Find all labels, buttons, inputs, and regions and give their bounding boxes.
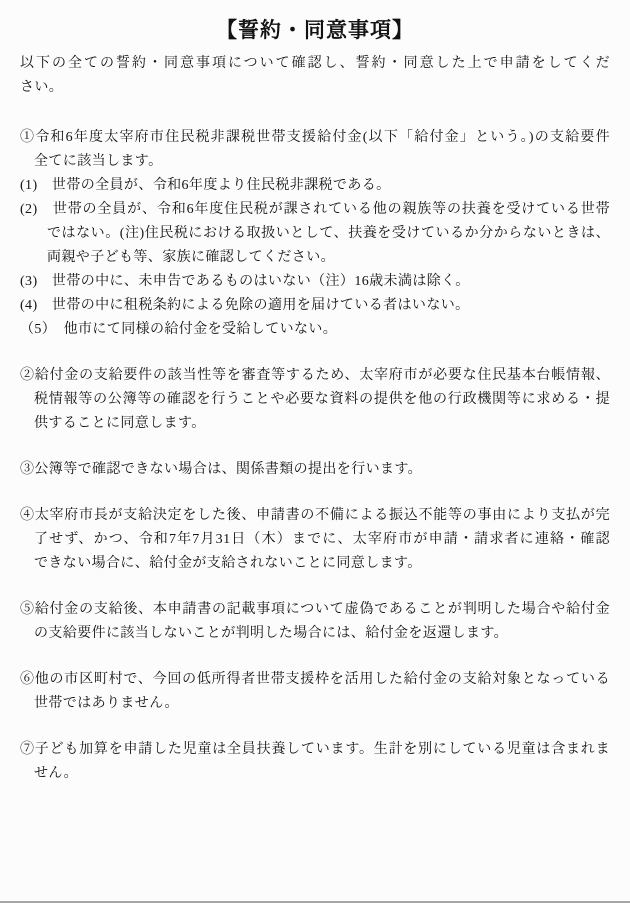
pledge-section-7: ⑦子ども加算を申請した児童は全員扶養しています。生計を別にしている児童は含まれま… bbox=[20, 738, 610, 786]
text-line: 全てに該当します。 bbox=[20, 150, 610, 174]
text-line: ⑥他の市区町村で、今回の低所得者世帯支援枠を活用した給付金の支給対象となっている bbox=[20, 668, 610, 692]
document-page: 【誓約・同意事項】 以下の全ての誓約・同意事項について確認し、誓約・同意した上で… bbox=[0, 0, 630, 903]
text-line: (4) 世帯の中に租税条約による免除の適用を届けている者はいない。 bbox=[20, 294, 610, 318]
page-title: 【誓約・同意事項】 bbox=[20, 14, 610, 46]
text-line: できない場合に、給付金が支給されないことに同意します。 bbox=[20, 552, 610, 576]
text-line: ⑤給付金の支給後、本申請書の記載事項について虚偽であることが判明した場合や給付金 bbox=[20, 598, 610, 622]
text-line: せん。 bbox=[20, 762, 610, 786]
pledge-section-4: ④太宰府市長が支給決定をした後、申請書の不備による振込不能等の事由により支払が完… bbox=[20, 504, 610, 576]
pledge-section-6: ⑥他の市区町村で、今回の低所得者世帯支援枠を活用した給付金の支給対象となっている… bbox=[20, 668, 610, 716]
text-line: ⑦子ども加算を申請した児童は全員扶養しています。生計を別にしている児童は含まれま bbox=[20, 738, 610, 762]
pledge-section-5: ⑤給付金の支給後、本申請書の記載事項について虚偽であることが判明した場合や給付金… bbox=[20, 598, 610, 646]
text-line: ではない。(注)住民税における取扱いとして、扶養を受けているか分からないときは、 bbox=[20, 222, 610, 246]
text-line: 以下の全ての誓約・同意事項について確認し、誓約・同意した上で申請をしてくだ bbox=[20, 52, 610, 76]
text-line: ③公簿等で確認できない場合は、関係書類の提出を行います。 bbox=[20, 458, 610, 482]
text-line: (1) 世帯の全員が、令和6年度より住民税非課税である。 bbox=[20, 174, 610, 198]
text-line: の支給要件に該当しないことが判明した場合には、給付金を返還します。 bbox=[20, 622, 610, 646]
text-line: (2) 世帯の全員が、令和6年度住民税が課されている他の親族等の扶養を受けている… bbox=[20, 198, 610, 222]
text-line: ①令和6年度太宰府市住民税非課税世帯支援給付金(以下「給付金」という。)の支給要… bbox=[20, 126, 610, 150]
text-line: 世帯ではありません。 bbox=[20, 692, 610, 716]
text-line: 税情報等の公簿等の確認を行うことや必要な資料の提供を他の行政機関等に求める・提 bbox=[20, 388, 610, 412]
pledge-section-2: ②給付金の支給要件の該当性等を審査等するため、太宰府市が必要な住民基本台帳情報、… bbox=[20, 364, 610, 436]
text-line: ②給付金の支給要件の該当性等を審査等するため、太宰府市が必要な住民基本台帳情報、 bbox=[20, 364, 610, 388]
text-line: 了せず、かつ、令和7年7月31日（木）までに、太宰府市が申請・請求者に連絡・確認 bbox=[20, 528, 610, 552]
text-line: ④太宰府市長が支給決定をした後、申請書の不備による振込不能等の事由により支払が完 bbox=[20, 504, 610, 528]
text-line: さい。 bbox=[20, 76, 610, 100]
text-line: (3) 世帯の中に、未申告であるものはいない（注）16歳未満は除く。 bbox=[20, 270, 610, 294]
text-line: （5） 他市にて同様の給付金を受給していない。 bbox=[20, 318, 610, 342]
intro-paragraph: 以下の全ての誓約・同意事項について確認し、誓約・同意した上で申請をしてくだ さい… bbox=[20, 52, 610, 100]
text-line: 両親や子ども等、家族に確認してください。 bbox=[20, 246, 610, 270]
text-line: 供することに同意します。 bbox=[20, 412, 610, 436]
pledge-section-3: ③公簿等で確認できない場合は、関係書類の提出を行います。 bbox=[20, 458, 610, 482]
pledge-section-1: ①令和6年度太宰府市住民税非課税世帯支援給付金(以下「給付金」という。)の支給要… bbox=[20, 126, 610, 342]
